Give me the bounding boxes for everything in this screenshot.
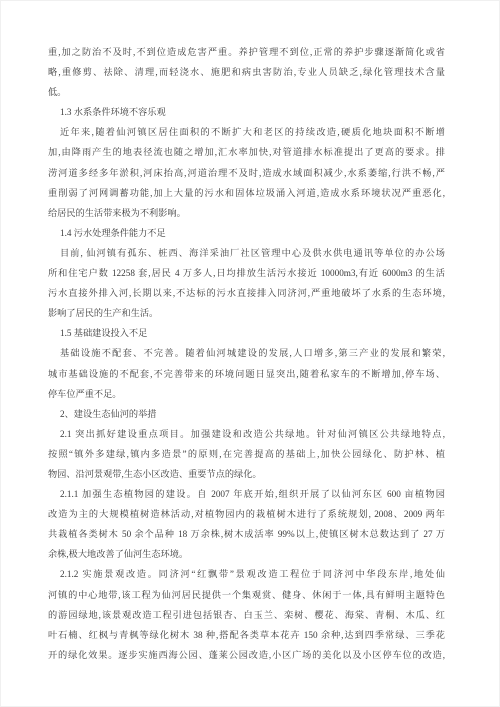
section-heading: 1.3 水系条件环境不容乐观 <box>48 102 445 122</box>
text-line: 涝河道多经多年淤积,河床抬高,河道治理不及时,造成水域面积减少,水系萎缩,行洪不… <box>48 163 445 183</box>
text-line: 加,由降雨产生的地表径流也随之增加,汇水率加快,对管道排水标准提出了更高的要求。… <box>48 142 445 162</box>
text-line: 物园、沿河景观带,生态小区改造、重要节点的绿化。 <box>48 464 445 484</box>
text-line: 给居民的生活带来极为不利影响。 <box>48 203 445 223</box>
text-line: 河镇的中心地带,该工程为仙河居民提供一个集观赏、健身、休闲于一体,具有鲜明主题特… <box>48 585 445 605</box>
text-line: 2.1 突出抓好建设重点项目。加强建设和改造公共绿地。针对仙河镇区公共绿地特点, <box>48 424 445 444</box>
text-line: 2.1.1 加强生态植物园的建设。自 2007 年底开始,组织开展了以仙河东区 … <box>48 484 445 504</box>
section-heading: 1.4 污水处理条件能力不足 <box>48 223 445 243</box>
text-line: 重,加之防治不及时,不到位造成危害严重。养护管理不到位,正常的养护步骤逐渐简化或… <box>48 42 445 62</box>
text-line: 按照“镇外多建绿,镇内多造景”的原则,在完善提高的基础上,加快公园绿化、防护林、… <box>48 444 445 464</box>
text-line: 叶石楠、红枫与青枫等绿化树木 38 种,搭配各类草本花卉 150 余种,达到四季… <box>48 625 445 645</box>
text-line: 停车位严重不足。 <box>48 384 445 404</box>
text-line: 余株,极大地改善了仙河生态环境。 <box>48 544 445 564</box>
text-line: 近年来,随着仙河镇区居住面积的不断扩大和老区的持续改造,硬质化地块面积不断增 <box>48 122 445 142</box>
text-line: 目前, 仙河镇有孤东、桩西、海洋采油厂社区管理中心及供水供电通讯等单位的办公场 <box>48 243 445 263</box>
text-line: 2.1.2 实施景观改造。同济河“红飘带”景观改造工程位于同济河中华段东岸,地处… <box>48 564 445 584</box>
text-line: 开的绿化效果。逐步实施西海公园、蓬莱公园改造,小区广场的美化以及小区停车位的改造… <box>48 645 445 665</box>
text-line: 改造为主的大规模植树造林活动,对植物园内的栽植树木进行了系统规划, 2008、2… <box>48 504 445 524</box>
section-heading: 2、建设生态仙河的举措 <box>48 404 445 424</box>
text-line: 共栽植各类树木 50 余个品种 18 万余株,树木成活率 99%以上,使镇区树木… <box>48 524 445 544</box>
text-line: 城市基础设施的不配套,不完善带来的环境问题日显突出,随着私家车的不断增加,停车场… <box>48 364 445 384</box>
document-page: 重,加之防治不及时,不到位造成危害严重。养护管理不到位,正常的养护步骤逐渐简化或… <box>0 0 500 707</box>
text-line: 重削弱了河网调蓄功能,加上大量的污水和固体垃圾涌入河道,造成水系环境状况严重恶化… <box>48 183 445 203</box>
text-line: 的游园绿地,该景观改造工程引进包括银杏、白玉兰、栾树、樱花、海棠、青桐、木瓜、红 <box>48 605 445 625</box>
text-line: 影响了居民的生产和生活。 <box>48 303 445 323</box>
document-text-block: 重,加之防治不及时,不到位造成危害严重。养护管理不到位,正常的养护步骤逐渐简化或… <box>48 42 445 665</box>
text-line: 低。 <box>48 82 445 102</box>
section-heading: 1.5 基础建设投入不足 <box>48 323 445 343</box>
text-line: 略,重修剪、祛除、清理,而轻浇水、施肥和病虫害防治,专业人员缺乏,绿化管理技术含… <box>48 62 445 82</box>
text-line: 所和住宅户数 12258 套,居民 4 万多人,日均排放生活污水接近 10000… <box>48 263 445 283</box>
text-line: 基础设施不配套、不完善。随着仙河城建设的发展,人口增多,第三产业的发展和繁荣, <box>48 343 445 363</box>
text-line: 污水直接外排入河,长期以来,不达标的污水直接排入同济河,严重地破坏了水系的生态环… <box>48 283 445 303</box>
